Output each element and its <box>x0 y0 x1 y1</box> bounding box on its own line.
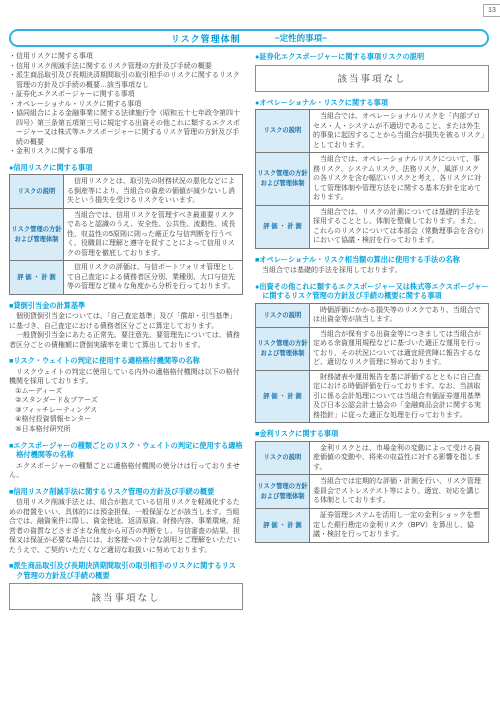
section-title-interest-rate-risk: ■金利リスクに関する事項 <box>255 429 489 439</box>
topic-item: ・協同組合による金融事業に関する法律施行令（昭和五十七年政令第四十四号）第三条第… <box>9 109 243 147</box>
row-value: 信用リスクの評価は、与信ポートフォリオ管理として自己査定による債務者区分別、業種… <box>64 261 243 295</box>
rating-agency-item: ④格付投資情報センター <box>15 415 243 425</box>
section-title-operational-method: ■オペレーショナル・リスク相当額の算出に使用する手法の名称 <box>255 255 489 265</box>
table-row: 評 価 ・ 計 測 当組合では、リスクの計測については基礎的手法を採用することと… <box>256 205 489 248</box>
topic-item: ・信用リスクに関する事項 <box>9 52 243 62</box>
topic-item: ・証券化エクスポージャーに関する事項 <box>9 90 243 100</box>
section-title-rating-agencies: ■リスク・ウェイトの判定に使用する適格格付機関等の名称 <box>9 356 243 366</box>
rating-agency-item: ①ムーディーズ <box>15 387 243 397</box>
document-page: 13 リスク管理体制 −定性的事項− ・信用リスクに関する事項 ・信用リスク削減… <box>0 0 500 707</box>
two-column-layout: ・信用リスクに関する事項 ・信用リスク削減手法に関するリスク管理の方針及び手続の… <box>9 51 489 615</box>
page-number: 13 <box>483 4 500 17</box>
allowance-paragraph-2: 一般貸倒引当金にあたる正常先、要注意先、要管理先については、債務者区分ごとの債権… <box>9 331 243 350</box>
page-title: リスク管理体制 <box>171 32 241 45</box>
row-header: リスクの説明 <box>256 441 310 475</box>
section-title-operational-risk: ●オペレーショナル・リスクに関する事項 <box>255 98 489 108</box>
row-value: 証券管理システムを活用し一定の金利ショックを想定した銀行勘定の金利リスク（BPV… <box>310 508 489 542</box>
page-subtitle: −定性的事項− <box>275 32 327 44</box>
table-row: リスクの説明 金利リスクとは、市場金利の変動によって受ける資産価値の変動や、将来… <box>256 441 489 475</box>
row-value: 金利リスクとは、市場金利の変動によって受ける資産価値の変動や、将来の収益性に対す… <box>310 441 489 475</box>
rating-agency-item: ⑤日本格付研究所 <box>15 425 243 435</box>
row-value: 時価評価にかかる損失等のリスクであり、当組合では出資金等が該当します。 <box>310 303 489 327</box>
row-value: 当組合では、オペレーショナルリスクについて、事務リスク、システムリスク、法務リス… <box>310 153 489 206</box>
rating-agency-item: ③フィッチレーティングス <box>15 406 243 416</box>
row-header: 評 価 ・ 計 測 <box>256 370 310 423</box>
row-header: リスク管理の方針 および管理体制 <box>256 475 310 509</box>
title-bar: リスク管理体制 −定性的事項− <box>9 29 489 47</box>
table-row: リスク管理の方針 および管理体制 当組合では定期的な評価・計測を行い、リスク管理… <box>256 475 489 509</box>
topic-item: ・信用リスク削減手法に関するリスク管理の方針及び手続の概要 <box>9 62 243 72</box>
row-header: リスク管理の方針 および管理体制 <box>10 208 64 261</box>
table-row: 評 価 ・ 計 測 証券管理システムを活用し一定の金利ショックを想定した銀行勘定… <box>256 508 489 542</box>
section-title-securitization: ●証券化エクスポージャーに関する事項リスクの説明 <box>255 52 489 62</box>
credit-risk-table: リスクの説明 信用リスクとは、取引先の財務状況の悪化などによる倒産等により、当組… <box>9 174 243 295</box>
row-value: 当組合では定期的な評価・計測を行い、リスク管理委員会でストレステスト等により、適… <box>310 475 489 509</box>
table-row: リスク管理の方針 および管理体制 当組合が保有する出資金等につきましては当組合が… <box>256 327 489 370</box>
exposure-rating-paragraph: エクスポージャーの種類ごとに適格格付機関の使分けは行っておりません。 <box>9 462 243 481</box>
section-title-credit-risk: ●信用リスクに関する事項 <box>9 163 243 173</box>
table-row: リスクの説明 時価評価にかかる損失等のリスクであり、当組合では出資金等が該当しま… <box>256 303 489 327</box>
section-title-derivatives: ■派生商品取引及び長期決済期間取引の取引相手のリスクに関するリスク管理の方針及び… <box>9 561 243 580</box>
row-value: 信用リスクとは、取引先の財務状況の悪化などによる倒産等により、当組合の資産の価値… <box>64 175 243 209</box>
row-header: リスク管理の方針 および管理体制 <box>256 153 310 206</box>
operational-method-paragraph: 当組合では基礎的手法を採用しております。 <box>255 266 489 276</box>
right-column: ●証券化エクスポージャーに関する事項リスクの説明 該当事項なし ●オペレーショナ… <box>255 51 489 615</box>
topic-item: ・オペレーショナル・リスクに関する事項 <box>9 100 243 110</box>
topic-list: ・信用リスクに関する事項 ・信用リスク削減手法に関するリスク管理の方針及び手続の… <box>9 52 243 157</box>
not-applicable-box: 該当事項なし <box>255 65 489 92</box>
row-header: 評 価 ・ 計 測 <box>256 205 310 248</box>
operational-risk-table: リスクの説明 当組合では、オペレーショナルリスクを「内部プロセス・人・システムが… <box>255 109 489 249</box>
row-header: 評 価 ・ 計 測 <box>256 508 310 542</box>
row-value: 当組合が保有する出資金等につきましては当組合が定める余資運用規程などに基づいた適… <box>310 327 489 370</box>
interest-rate-risk-table: リスクの説明 金利リスクとは、市場金利の変動によって受ける資産価値の変動や、将来… <box>255 441 489 543</box>
row-header: リスクの説明 <box>256 303 310 327</box>
row-value: 当組合では、リスクの計測については基礎的手法を採用することとし、体制を整備してお… <box>310 205 489 248</box>
row-value: 財務諸表や運用報告を基に評価するとともに自己査定における時価評価を行っております… <box>310 370 489 423</box>
table-row: リスク管理の方針 および管理体制 当組合では、信用リスクを管理すべき最重要リスク… <box>10 208 243 261</box>
row-header: リスクの説明 <box>256 110 310 153</box>
topic-item: ・金利リスクに関する事項 <box>9 147 243 157</box>
table-row: 評 価 ・ 計 測 財務諸表や運用報告を基に評価するとともに自己査定における時価… <box>256 370 489 423</box>
section-title-exposure-rating: ■エクスポージャーの種類ごとのリスク・ウェイトの判定に使用する適格格付機関等の名… <box>9 441 243 460</box>
row-header: 評 価 ・ 計 測 <box>10 261 64 295</box>
section-title-investment-exposure: ●出資その他これに類するエクスポージャー又は株式等エクスポージャーに関するリスク… <box>255 282 489 301</box>
mitigation-paragraph: 信用リスク削減手法とは、組合が抱えている信用リスクを軽減化するための措置をいい、… <box>9 498 243 555</box>
table-row: 評 価 ・ 計 測 信用リスクの評価は、与信ポートフォリオ管理として自己査定によ… <box>10 261 243 295</box>
table-row: リスク管理の方針 および管理体制 当組合では、オペレーショナルリスクについて、事… <box>256 153 489 206</box>
rating-agency-item: ②スタンダード＆プアーズ <box>15 396 243 406</box>
section-title-mitigation: ■信用リスク削減手法に関するリスク管理の方針及び手続の概要 <box>9 487 243 497</box>
allowance-paragraph-1: 個別貸倒引当金については、「自己査定基準」及び「償却・引当基準」に基づき、自己査… <box>9 312 243 331</box>
section-title-allowance: ■貸倒引当金の計算基準 <box>9 301 243 311</box>
topic-item: ・派生商品取引及び長期決済期間取引の取引相手のリスクに関するリスク管理の方針及び… <box>9 71 243 90</box>
table-row: リスクの説明 信用リスクとは、取引先の財務状況の悪化などによる倒産等により、当組… <box>10 175 243 209</box>
table-row: リスクの説明 当組合では、オペレーショナルリスクを「内部プロセス・人・システムが… <box>256 110 489 153</box>
row-header: リスク管理の方針 および管理体制 <box>256 327 310 370</box>
row-value: 当組合では、オペレーショナルリスクを「内部プロセス・人・システムが不適切であるこ… <box>310 110 489 153</box>
left-column: ・信用リスクに関する事項 ・信用リスク削減手法に関するリスク管理の方針及び手続の… <box>9 51 243 615</box>
not-applicable-box: 該当事項なし <box>9 583 243 610</box>
row-value: 当組合では、信用リスクを管理すべき最重要リスクであると認識のうえ、安全性、公共性… <box>64 208 243 261</box>
investment-exposure-table: リスクの説明 時価評価にかかる損失等のリスクであり、当組合では出資金等が該当しま… <box>255 303 489 424</box>
rating-intro: リスクウェイトの判定に使用している内外の適格格付機関は以下の格付機関を採用してお… <box>9 368 243 387</box>
rating-agency-list: ①ムーディーズ ②スタンダード＆プアーズ ③フィッチレーティングス ④格付投資情… <box>15 387 243 435</box>
row-header: リスクの説明 <box>10 175 64 209</box>
